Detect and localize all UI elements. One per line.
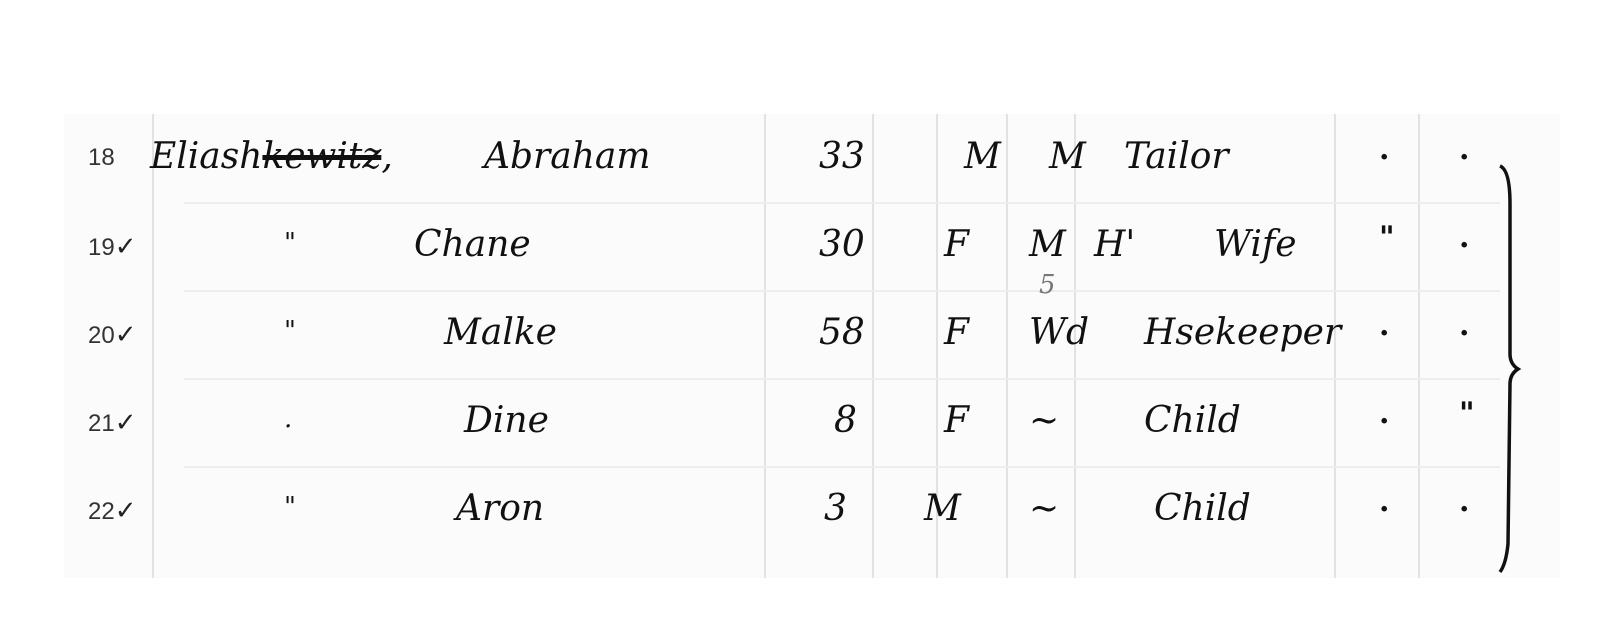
- occupation: Child: [1154, 488, 1251, 529]
- given-name: Malke: [444, 312, 557, 353]
- mark-col-a: .: [1379, 396, 1389, 431]
- surname-ditto: ": [284, 492, 296, 522]
- occupation: Tailor: [1124, 136, 1229, 177]
- surname-ditto: ": [284, 316, 296, 346]
- check-mark-icon: ✓: [115, 496, 137, 526]
- check-mark-icon: ✓: [115, 320, 137, 350]
- occupation: Child: [1144, 400, 1241, 441]
- surname-ditto: .: [284, 404, 292, 434]
- relation: H': [1094, 224, 1135, 265]
- line-number: 18: [88, 144, 115, 172]
- given-name: Chane: [414, 224, 531, 265]
- mark-col-b: .: [1459, 220, 1469, 255]
- check-mark-icon: ✓: [115, 408, 137, 438]
- given-name: Aron: [456, 488, 544, 529]
- surname: Eliashkewitz,: [150, 136, 393, 177]
- age: 30: [819, 224, 865, 265]
- register-row: 20✓ " Malke 58 F Wd Hsekeeper . .: [64, 290, 1560, 378]
- margin-annotation: 5: [1039, 270, 1056, 300]
- line-number: 21✓: [88, 408, 137, 438]
- age: 58: [819, 312, 865, 353]
- marital-status: ~: [1029, 488, 1059, 529]
- mark-col-b: ": [1459, 396, 1475, 431]
- given-name: Abraham: [484, 136, 651, 177]
- surname-ditto: ": [284, 228, 296, 258]
- sex: F: [944, 400, 969, 441]
- check-mark-icon: ✓: [115, 232, 137, 262]
- register-row: 18 Eliashkewitz, Abraham 33 M M Tailor .…: [64, 114, 1560, 202]
- marital-status: ~: [1029, 400, 1059, 441]
- mark-col-a: .: [1379, 132, 1389, 167]
- line-number: 22✓: [88, 496, 137, 526]
- sex: M: [964, 136, 1001, 177]
- sex: F: [944, 224, 969, 265]
- register-row: 21✓ . Dine 8 F ~ Child . ": [64, 378, 1560, 466]
- line-number: 19✓: [88, 232, 137, 262]
- mark-col-a: ": [1379, 220, 1395, 255]
- age: 8: [834, 400, 857, 441]
- mark-col-a: .: [1379, 484, 1389, 519]
- sex: F: [944, 312, 969, 353]
- mark-col-b: .: [1459, 132, 1469, 167]
- marital-status: Wd: [1029, 312, 1089, 353]
- line-number: 20✓: [88, 320, 137, 350]
- age: 33: [819, 136, 865, 177]
- mark-col-a: .: [1379, 308, 1389, 343]
- mark-col-b: .: [1459, 308, 1469, 343]
- family-grouping-brace: [1496, 164, 1526, 574]
- struck-text: kewitz: [262, 136, 381, 177]
- mark-col-b: .: [1459, 484, 1469, 519]
- marital-status: M: [1029, 224, 1066, 265]
- given-name: Dine: [464, 400, 549, 441]
- occupation: Wife: [1214, 224, 1297, 265]
- age: 3: [824, 488, 847, 529]
- occupation: Hsekeeper: [1144, 312, 1341, 353]
- marital-status: M: [1049, 136, 1086, 177]
- register-row: 22✓ " Aron 3 M ~ Child . .: [64, 466, 1560, 554]
- sex: M: [924, 488, 961, 529]
- register-sheet: 18 Eliashkewitz, Abraham 33 M M Tailor .…: [64, 114, 1560, 578]
- register-row: 19✓ " Chane 30 F M H' Wife " .: [64, 202, 1560, 290]
